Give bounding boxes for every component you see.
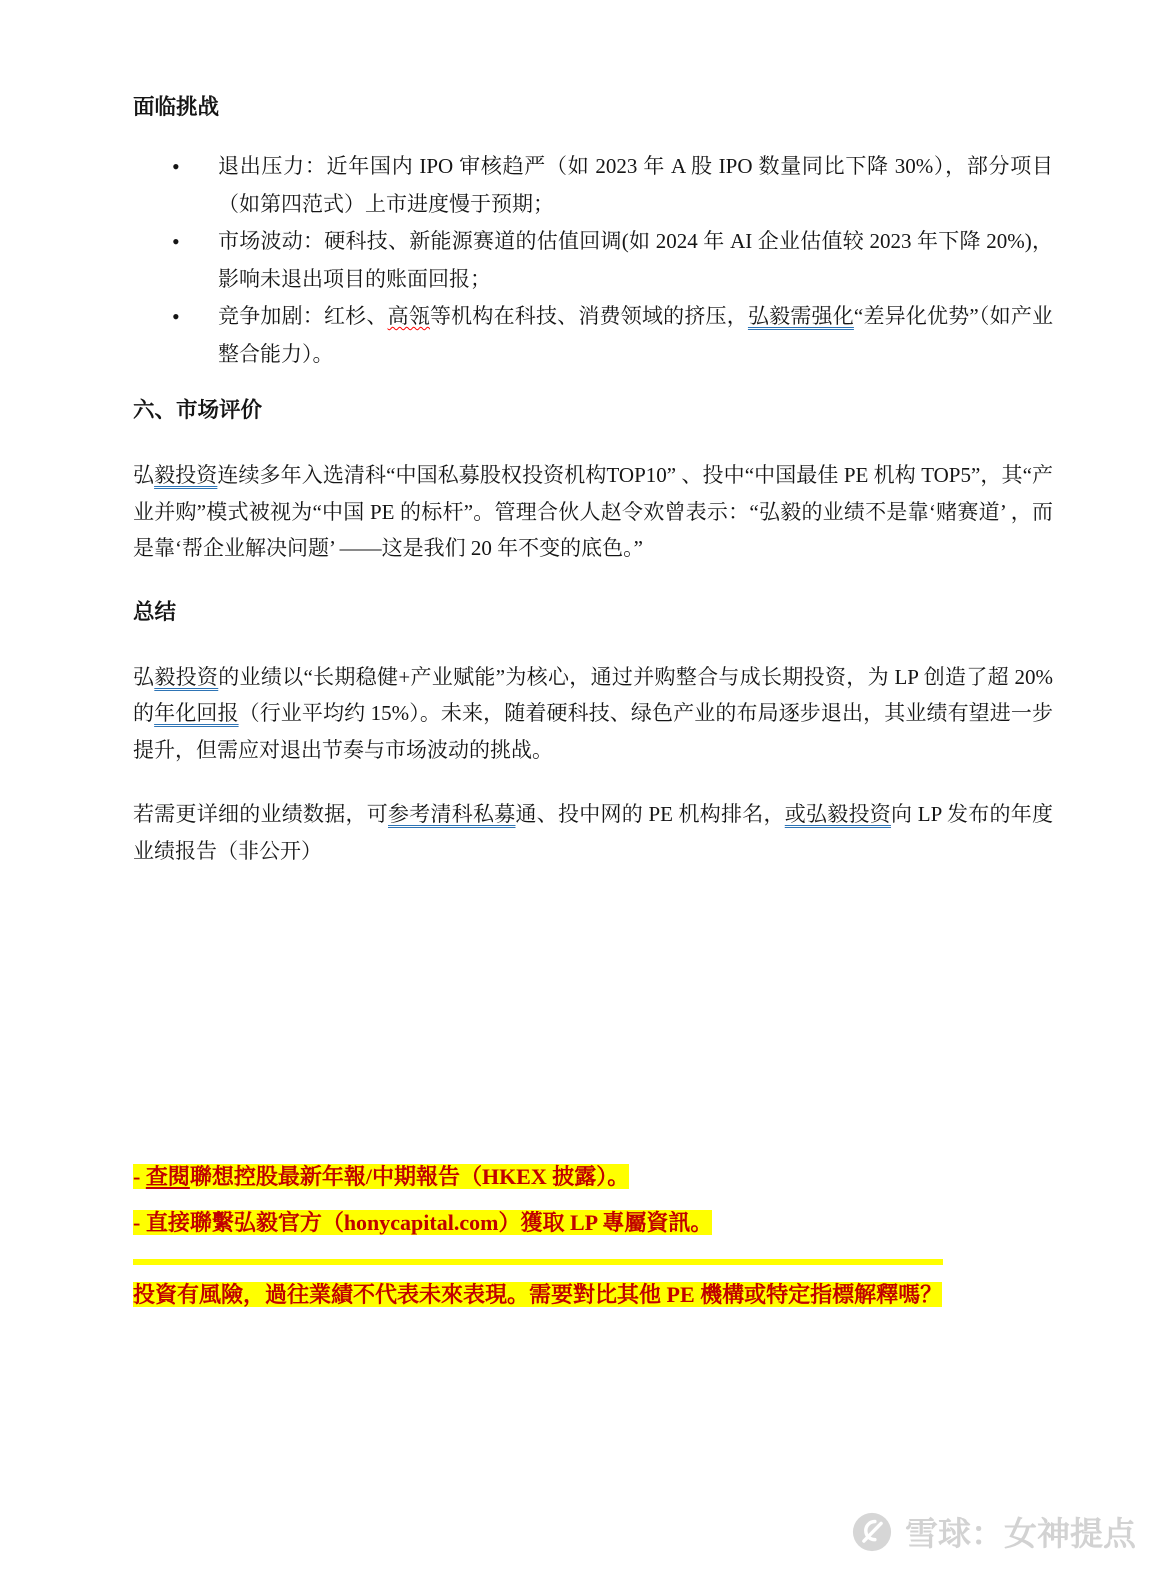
paragraph-summary: 弘毅投资的业绩以“长期稳健+产业赋能”为核心，通过并购整合与成长期投资，为 LP… (133, 659, 1053, 769)
text-segment: 市场波动：硬科技、新能源赛道的估值回调(如 2024 年 AI 企业估值较 20… (218, 229, 1053, 291)
highlight-line-risk-disclaimer: 投資有風險，過往業績不代表未來表現。需要對比其他 PE 機構或特定指標解釋嗎？ (133, 1274, 1053, 1315)
text-segment: 通、投中网的 PE 机构排名， (516, 802, 785, 826)
highlight-line-annual-report: - 查閱聯想控股最新年報/中期報告（HKEX 披露）。 (133, 1156, 1053, 1197)
text-segment: 投資有風險，過往業績不代表未來表現。需要對比其他 PE 機構或特定指標解釋嗎？ (133, 1282, 942, 1307)
heading-summary: 总结 (133, 597, 1053, 627)
text-segment: 弘 (133, 463, 154, 487)
heading-market-evaluation: 六、市场评价 (133, 395, 1053, 425)
challenges-bullet-list: 退出压力：近年国内 IPO 审核趋严（如 2023 年 A 股 IPO 数量同比… (133, 148, 1053, 373)
text-segment-u2: 毅投资 (154, 665, 218, 689)
text-segment: 若需更详细的业绩数据，可 (133, 802, 388, 826)
highlight-line-contact-hony: - 直接聯繫弘毅官方（honycapital.com）獲取 LP 專屬資訊。 (133, 1202, 1053, 1243)
bullet-item-competition: 竞争加剧：红杉、高瓴等机构在科技、消费领域的挤压，弘毅需强化“差异化优势”（如产… (133, 298, 1053, 373)
text-segment: 竞争加剧：红杉、 (218, 304, 388, 328)
text-segment-u2: 或弘毅投资 (785, 802, 891, 826)
text-segment: 连续多年入选清科“中国私募股权投资机构TOP10” 、投中“中国最佳 PE 机构… (133, 463, 1053, 560)
highlight-empty-line (133, 1259, 943, 1265)
watermark-text: 雪球：女神提点 (905, 1508, 1136, 1555)
xueqiu-watermark: 雪球：女神提点 (851, 1508, 1136, 1555)
text-segment-u2: 参考清科私募 (388, 802, 516, 826)
highlighted-footer-block: - 查閱聯想控股最新年報/中期報告（HKEX 披露）。 - 直接聯繫弘毅官方（h… (133, 1156, 1053, 1315)
text-segment: 等机构在科技、消费领域的挤压， (430, 304, 748, 328)
text-segment: （行业平均约 15%）。未来，随着硬科技、绿色产业的布局逐步退出，其业绩有望进一… (133, 701, 1053, 762)
text-segment-wavy: 高瓴 (388, 304, 430, 328)
text-segment: 弘 (133, 665, 154, 689)
text-segment: - 直接聯繫弘毅官方（honycapital.com）獲取 LP 專屬資訊。 (133, 1210, 712, 1235)
paragraph-market-evaluation: 弘毅投资连续多年入选清科“中国私募股权投资机构TOP10” 、投中“中国最佳 P… (133, 457, 1053, 567)
text-segment-u2: 弘毅需强化 (748, 304, 854, 328)
text-segment: 聯想控股最新年報/中期報告（HKEX 披露）。 (190, 1164, 629, 1189)
xueqiu-snowball-logo-icon (851, 1511, 893, 1553)
text-segment: 退出压力：近年国内 IPO 审核趋严（如 2023 年 A 股 IPO 数量同比… (218, 154, 1053, 216)
heading-challenges: 面临挑战 (133, 92, 1053, 122)
document-page: 面临挑战 退出压力：近年国内 IPO 审核趋严（如 2023 年 A 股 IPO… (0, 0, 1160, 1577)
text-segment-u2: 毅投资 (154, 463, 217, 487)
bullet-item-market-volatility: 市场波动：硬科技、新能源赛道的估值回调(如 2024 年 AI 企业估值较 20… (133, 223, 1053, 298)
text-segment: - (133, 1164, 146, 1189)
bullet-item-exit-pressure: 退出压力：近年国内 IPO 审核趋严（如 2023 年 A 股 IPO 数量同比… (133, 148, 1053, 223)
paragraph-more-data: 若需更详细的业绩数据，可参考清科私募通、投中网的 PE 机构排名，或弘毅投资向 … (133, 796, 1053, 869)
text-segment-u1red: 查閱 (146, 1164, 190, 1189)
text-segment-u2: 年化回报 (154, 701, 238, 725)
